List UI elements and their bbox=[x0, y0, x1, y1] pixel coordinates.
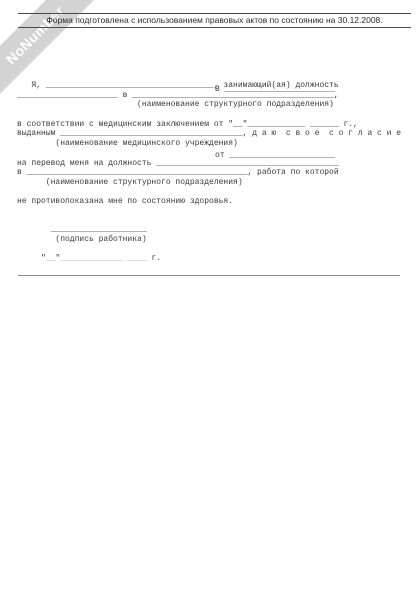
date-suffix: г. bbox=[147, 254, 161, 263]
date-lead bbox=[17, 254, 41, 263]
body-line: в ______________________________________… bbox=[17, 168, 401, 178]
header-rule-top bbox=[18, 13, 411, 14]
body-line: выданным _______________________________… bbox=[17, 129, 401, 139]
body-line: на перевод меня на должность ___________… bbox=[17, 159, 401, 169]
date-year-blank: ____ bbox=[127, 254, 146, 263]
body-line: _____________________ в ________________… bbox=[17, 91, 401, 101]
body-line: в соответствии с медицинским заключением… bbox=[17, 120, 401, 130]
body-line-caption: (наименование структурного подразделения… bbox=[17, 100, 401, 110]
body-line: не противопоказана мне по состоянию здор… bbox=[17, 197, 401, 207]
header-rule-bottom bbox=[18, 27, 411, 28]
body-line: Я, ___________________________________, … bbox=[17, 81, 401, 91]
body-line-caption: (наименование медицинского учреждения) bbox=[17, 139, 401, 149]
date-day-blank: __ bbox=[46, 254, 56, 263]
body-line-blank bbox=[17, 110, 401, 120]
body-line-blank bbox=[17, 149, 401, 159]
signature-caption: (подпись работника) bbox=[17, 235, 161, 245]
signature-line: ____________________ bbox=[17, 225, 161, 235]
signature-spacer bbox=[17, 244, 161, 254]
date-line: "__"_____________ ____ г. bbox=[17, 254, 161, 264]
header-note: Форма подготовлена с использованием прав… bbox=[18, 15, 411, 26]
signature-block: ____________________ (подпись работника)… bbox=[17, 225, 161, 264]
body-text: Я, ___________________________________, … bbox=[17, 81, 401, 207]
date-month-blank: _____________ bbox=[60, 254, 122, 263]
document-page: NoNumber Форма подготовлена с использова… bbox=[0, 0, 420, 600]
footer-rule bbox=[18, 275, 400, 276]
body-line-blank bbox=[17, 188, 401, 198]
body-line-caption: (наименование структурного подразделения… bbox=[17, 178, 401, 188]
